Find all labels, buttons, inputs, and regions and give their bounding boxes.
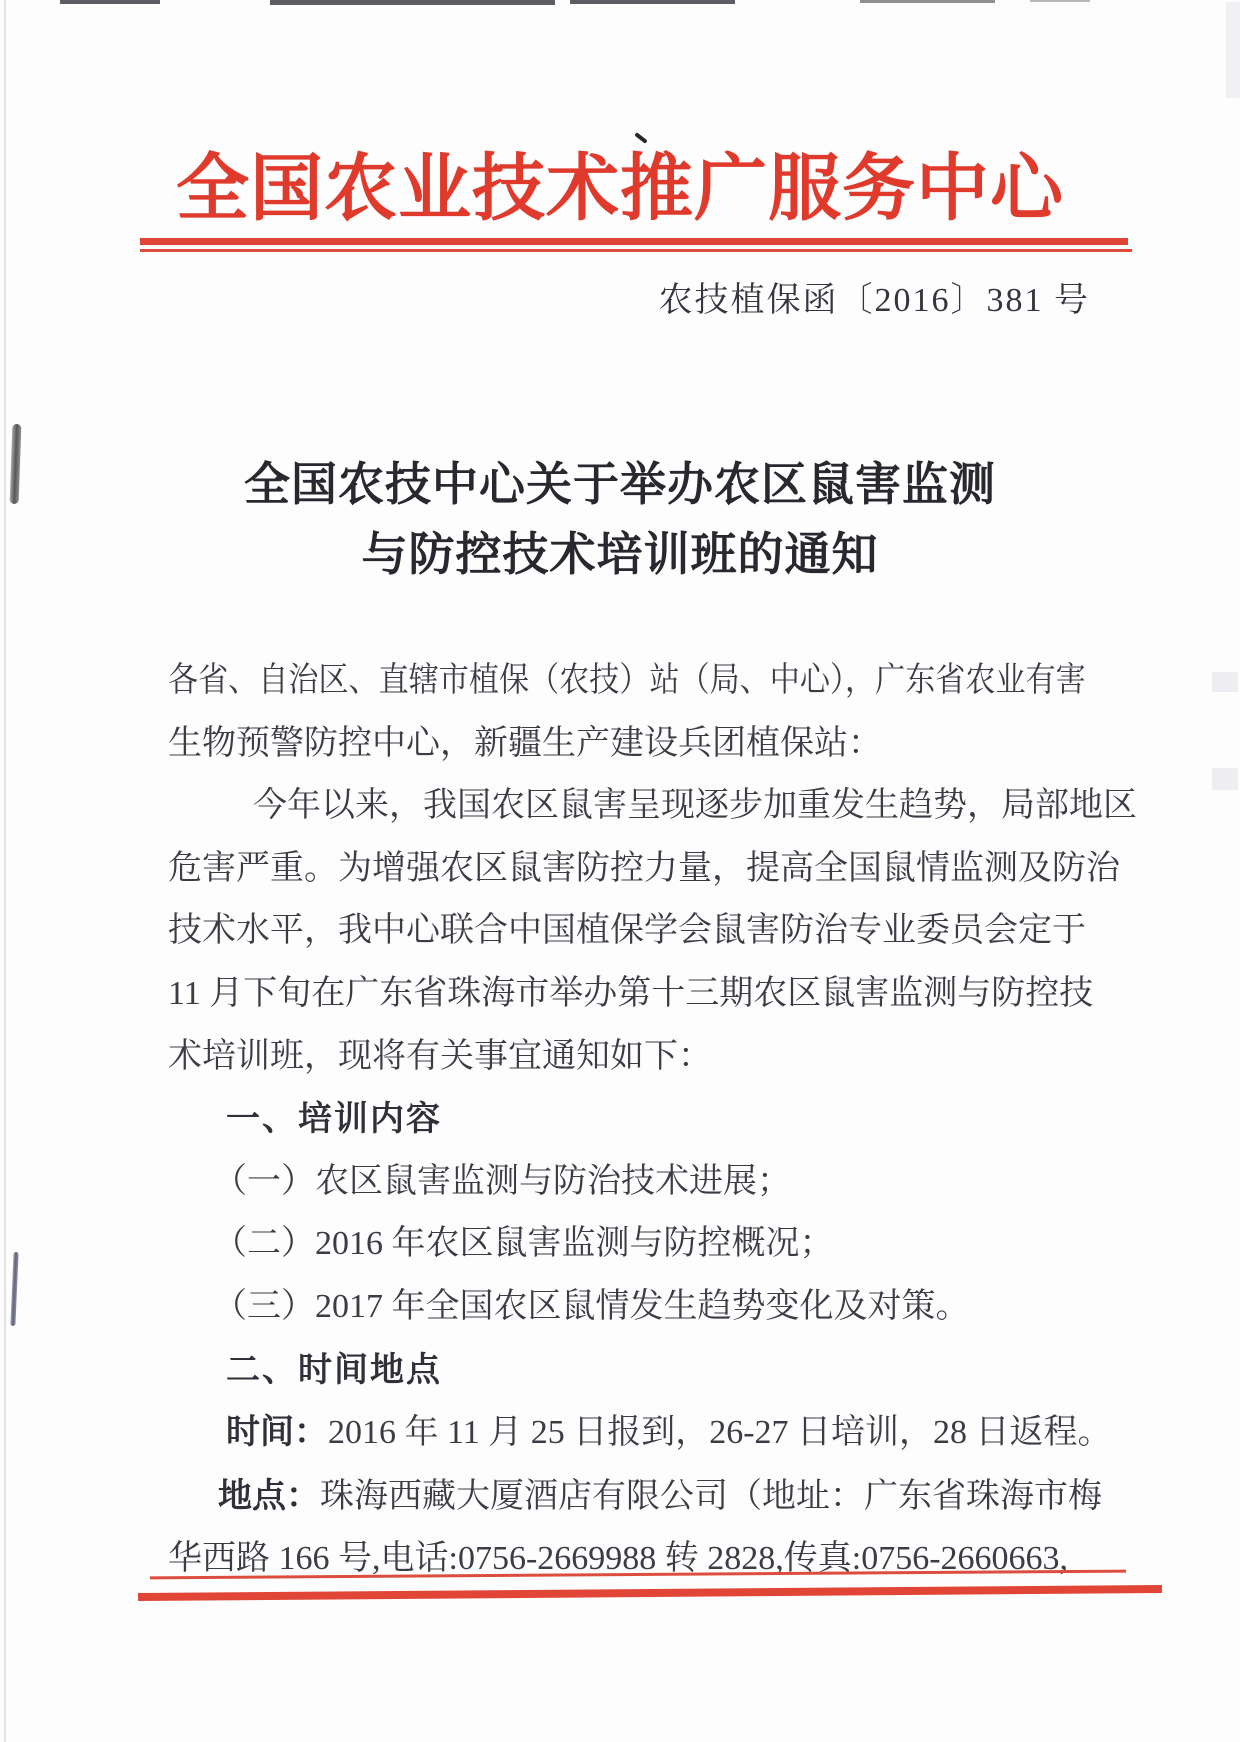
scan-artifact <box>1212 672 1238 692</box>
staple-mark <box>10 1252 18 1326</box>
scan-artifact <box>270 0 555 5</box>
section-heading-2: 二、时间地点 <box>168 1339 1112 1402</box>
body-line-paragraph: 术培训班，现将有关事宜通知如下： <box>168 1026 1112 1089</box>
letterhead-rule-thick <box>140 238 1128 245</box>
list-item-1: （一）农区鼠害监测与防治技术进展； <box>168 1151 1112 1214</box>
body-line-address: 华西路 166 号,电话:0756-2669988 转 2828,传真:0756… <box>168 1528 1112 1591</box>
letterhead-org-title: 全国农业技术推广服务中心 <box>0 146 1240 232</box>
document-title: 全国农技中心关于举办农区鼠害监测 与防控技术培训班的通知 <box>0 450 1240 590</box>
body-line-paragraph: 11 月下旬在广东省珠海市举办第十三期农区鼠害监测与防控技 <box>168 963 1112 1026</box>
document-title-line2: 与防控技术培训班的通知 <box>0 520 1240 590</box>
scan-artifact <box>1212 768 1238 790</box>
section-heading-1: 一、培训内容 <box>168 1088 1112 1151</box>
body-line-time: 时间：2016 年 11 月 25 日报到，26-27 日培训，28 日返程。 <box>168 1401 1112 1465</box>
body-line-paragraph: 危害严重。为增强农区鼠害防控力量，提高全国鼠情监测及防治 <box>168 838 1112 901</box>
venue-value: 珠海西藏大厦酒店有限公司（地址：广东省珠海市梅 <box>320 1478 1102 1515</box>
letterhead-rule-thin <box>140 249 1132 252</box>
body-line-paragraph: 今年以来，我国农区鼠害呈现逐步加重发生趋势，局部地区 <box>168 775 1112 838</box>
document-body: 各省、自治区、直辖市植保（农技）站（局、中心），广东省农业有害 生物预警防控中心… <box>168 650 1112 1591</box>
scan-artifact <box>570 0 735 4</box>
list-item-2: （二）2016 年农区鼠害监测与防控概况； <box>168 1213 1112 1276</box>
scan-artifact <box>860 0 995 3</box>
paper-edge-shadow <box>4 0 6 1742</box>
body-line-salutation: 各省、自治区、直辖市植保（农技）站（局、中心），广东省农业有害 <box>168 650 1003 713</box>
list-item-3: （三）2017 年全国农区鼠情发生趋势变化及对策。 <box>168 1276 1112 1339</box>
time-value: 2016 年 11 月 25 日报到，26-27 日培训，28 日返程。 <box>328 1414 1112 1451</box>
document-number: 农技植保函〔2016〕381 号 <box>659 282 1091 320</box>
body-line-salutation: 生物预警防控中心，新疆生产建设兵团植保站： <box>168 713 1112 776</box>
body-line-venue: 地点：珠海西藏大厦酒店有限公司（地址：广东省珠海市梅 <box>168 1465 1112 1529</box>
scan-artifact <box>1226 2 1240 98</box>
time-label: 时间： <box>226 1413 328 1451</box>
scan-artifact <box>634 132 647 144</box>
body-line-paragraph: 技术水平，我中心联合中国植保学会鼠害防治专业委员会定于 <box>168 900 1112 963</box>
scan-artifact <box>1030 0 1090 2</box>
scanned-document-page: 全国农业技术推广服务中心 农技植保函〔2016〕381 号 全国农技中心关于举办… <box>0 0 1240 1742</box>
scan-artifact <box>60 0 160 4</box>
document-title-line1: 全国农技中心关于举办农区鼠害监测 <box>0 450 1240 520</box>
venue-label: 地点： <box>218 1477 320 1515</box>
